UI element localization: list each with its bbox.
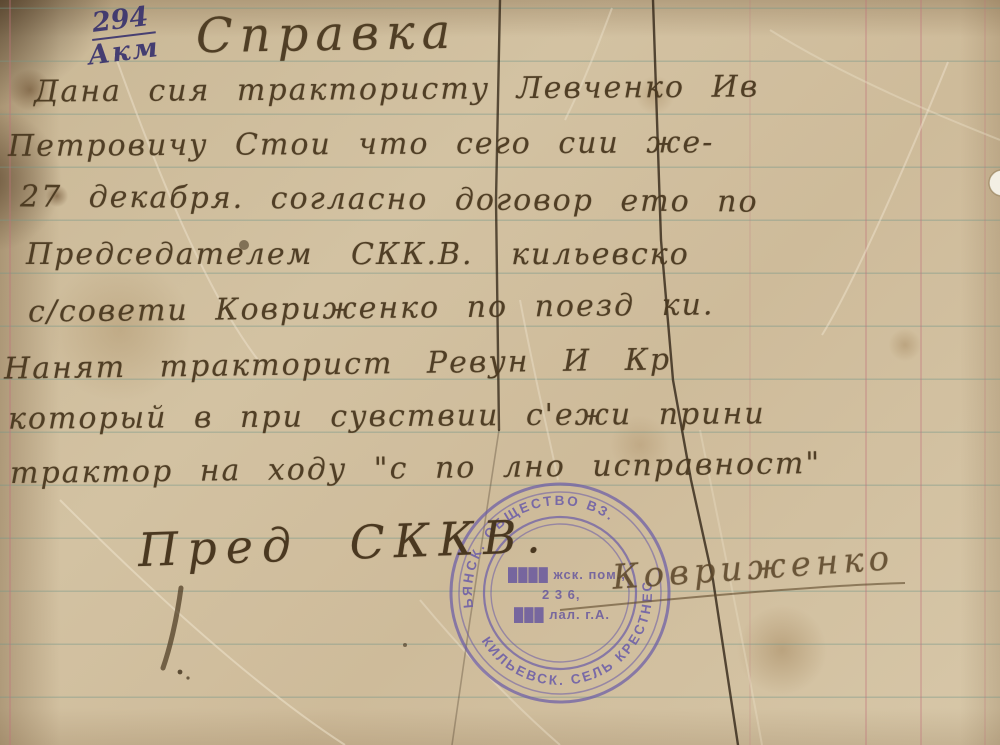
document-title: Справка [196,4,458,65]
body-line: Нанят тракторист Ревун И Кр [4,342,672,386]
stamp-center-line: ████ жск. пом., [508,567,626,583]
body-line: Петровичу Стои что сего сии же- [8,125,715,164]
registry-notation: 294 Акм [89,2,162,70]
body-line: трактор на ходу "с по лно исправност" [10,446,822,491]
body-line: с/совети Ковриженко по поезд ки. [28,287,715,329]
body-line: Дана сия трактористу Левченко Ив [34,69,759,109]
pen-flourish [163,588,181,668]
registry-code: Акм [87,34,162,71]
punch-hole [989,170,1000,196]
signature: Ковриженко [611,538,895,598]
stamp-center-text: ████ жск. пом., 2 3 6, ███ лал. г.А. [508,567,626,623]
body-line: Председателем СКК.В. кильевско [26,237,690,272]
closing-line: Пред СККВ. [137,509,550,577]
body-line: который в при сувствии с'ежи прини [8,396,766,436]
stamp-center-line: ███ лал. г.А. [514,607,610,623]
body-line: 27 декабря. согласно договор ето по [20,179,759,219]
scanned-document: ЬЯНСК. ОБЩЕСТВО ВЗ. КИЛЬЕВСК. СЕЛЬ КРЕСТ… [0,0,1000,745]
stamp-center-line: 2 3 6, [542,587,581,602]
